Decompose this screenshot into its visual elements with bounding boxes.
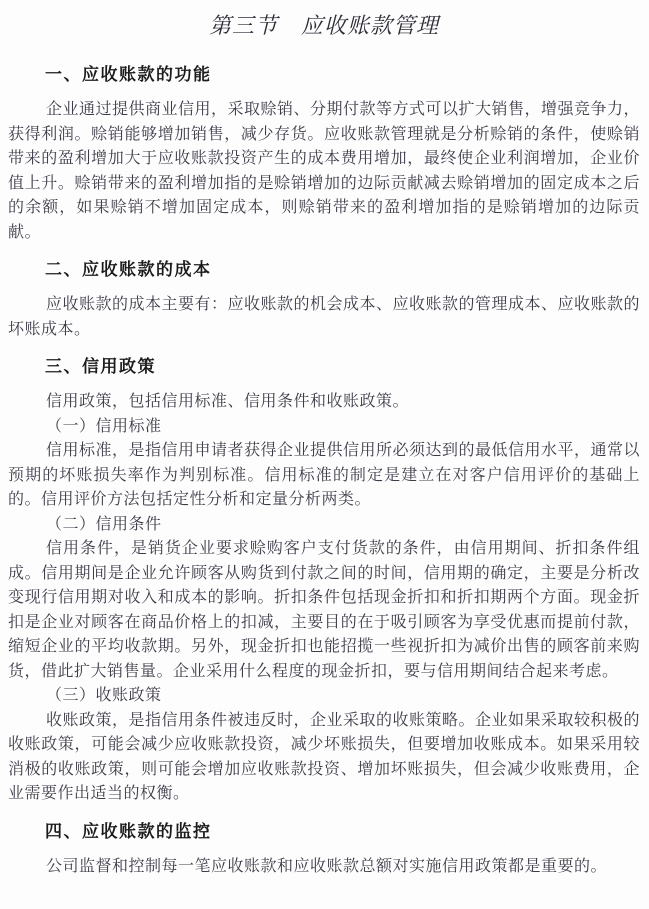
paragraph-costs: 应收账款的成本主要有：应收账款的机会成本、应收账款的管理成本、应收账款的坏账成本…	[8, 293, 640, 342]
subsection-heading-credit-standard: （一）信用标准	[8, 415, 640, 440]
section-heading-1: 一、应收账款的功能	[45, 66, 640, 83]
subsection-heading-collection-policy: （三）收账政策	[8, 684, 640, 709]
page-title: 第三节 应收账款管理	[8, 10, 640, 42]
paragraph-credit-terms: 信用条件，是销货企业要求赊购客户支付货款的条件，由信用期间、折扣条件组成。信用期…	[8, 537, 640, 684]
subsection-heading-credit-terms: （二）信用条件	[8, 513, 640, 538]
section-heading-3: 三、信用政策	[45, 358, 640, 375]
paragraph-credit-policy-intro: 信用政策，包括信用标准、信用条件和收账政策。	[8, 390, 640, 415]
paragraph-functions: 企业通过提供商业信用，采取赊销、分期付款等方式可以扩大销售，增强竞争力，获得利润…	[8, 98, 640, 245]
paragraph-collection-policy: 收账政策，是指信用条件被违反时，企业采取的收账策略。企业如果采取较积极的收账政策…	[8, 709, 640, 807]
paragraph-credit-standard: 信用标准，是指信用申请者获得企业提供信用所必须达到的最低信用水平，通常以预期的坏…	[8, 439, 640, 513]
section-heading-4: 四、应收账款的监控	[45, 823, 640, 840]
section-heading-2: 二、应收账款的成本	[45, 261, 640, 278]
document-page: 第三节 应收账款管理 一、应收账款的功能 企业通过提供商业信用，采取赊销、分期付…	[0, 0, 649, 909]
paragraph-monitoring: 公司监督和控制每一笔应收账款和应收账款总额对实施信用政策都是重要的。	[8, 855, 640, 880]
